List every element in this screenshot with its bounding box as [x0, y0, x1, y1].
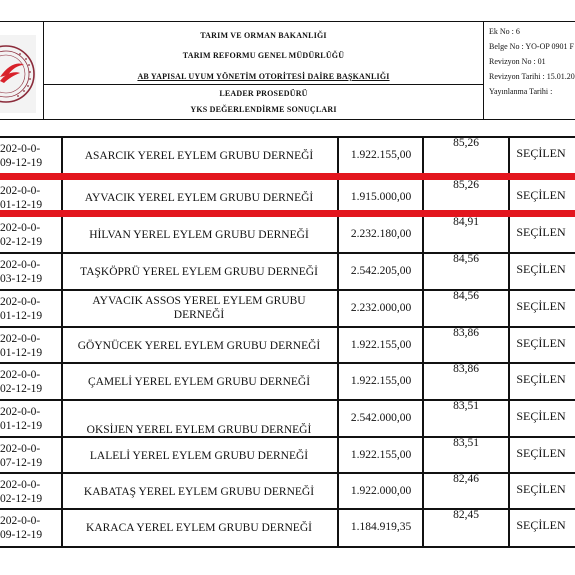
ministry-logo — [0, 35, 36, 113]
evaluation-score: 84,56 — [425, 290, 507, 302]
application-code: 202-0-0-09-12-19 — [0, 142, 42, 170]
revizyon-tarihi: Revizyon Tarihi : 15.01.20 — [489, 72, 575, 81]
row-divider — [0, 546, 575, 548]
association-name: KABATAŞ YEREL EYLEM GRUBU DERNEĞİ — [62, 485, 336, 499]
header-divider-middle — [43, 84, 483, 85]
header-border-top — [0, 21, 575, 22]
status-label: SEÇİLEN — [510, 146, 572, 161]
evaluation-score: 84,56 — [425, 253, 507, 265]
procedure-title: LEADER PROSEDÜRÜ — [44, 89, 483, 98]
grant-amount: 2.232.000,00 — [340, 302, 422, 314]
association-name: AYVACIK YEREL EYLEM GRUBU DERNEĞİ — [62, 191, 336, 205]
revizyon-no: Revizyon No : 01 — [489, 57, 546, 66]
application-code: 202-0-0-01-12-19 — [0, 295, 42, 323]
header-border-bottom — [0, 119, 575, 120]
association-name: LALELİ YEREL EYLEM GRUBU DERNEĞİ — [62, 449, 336, 463]
grant-amount: 1.922.000,00 — [340, 485, 422, 497]
status-label: SEÇİLEN — [510, 188, 572, 203]
status-label: SEÇİLEN — [510, 225, 572, 240]
application-code: 202-0-0-01-12-19 — [0, 332, 42, 360]
application-code: 202-0-0-01-12-19 — [0, 405, 42, 433]
association-name: ASARCIK YEREL EYLEM GRUBU DERNEĞİ — [62, 149, 336, 163]
status-label: SEÇİLEN — [510, 446, 572, 461]
association-name: AYVACIK ASSOS YEREL EYLEM GRUBUDERNEĞİ — [62, 294, 336, 322]
grant-amount: 1.922.155,00 — [340, 339, 422, 351]
evaluation-score: 83,51 — [425, 437, 507, 449]
status-label: SEÇİLEN — [510, 299, 572, 314]
ministry-title: TARIM VE ORMAN BAKANLIĞI — [44, 31, 483, 40]
application-code: 202-0-0-03-12-19 — [0, 258, 42, 286]
status-label: SEÇİLEN — [510, 482, 572, 497]
evaluation-score: 83,86 — [425, 363, 507, 375]
status-label: SEÇİLEN — [510, 518, 572, 533]
evaluation-score: 85,26 — [425, 179, 507, 191]
grant-amount: 2.232.180,00 — [340, 228, 422, 240]
grant-amount: 2.542.000,00 — [340, 412, 422, 424]
evaluation-score: 83,51 — [425, 400, 507, 412]
association-name: OKSİJEN YEREL EYLEM GRUBU DERNEĞİ — [62, 423, 336, 437]
association-name: GÖYNÜCEK YEREL EYLEM GRUBU DERNEĞİ — [62, 339, 336, 353]
association-name: KARACA YEREL EYLEM GRUBU DERNEĞİ — [62, 521, 336, 535]
association-name: HİLVAN YEREL EYLEM GRUBU DERNEĞİ — [62, 228, 336, 242]
evaluation-score: 83,86 — [425, 327, 507, 339]
belge-no: Belge No : YO-OP 0901 F — [489, 42, 574, 51]
department-title: AB YAPISAL UYUM YÖNETİM OTORİTESİ DAİRE … — [44, 72, 483, 81]
subject-title: YKS DEĞERLENDİRME SONUÇLARI — [44, 105, 483, 114]
status-label: SEÇİLEN — [510, 336, 572, 351]
grant-amount: 1.915.000,00 — [340, 191, 422, 203]
status-label: SEÇİLEN — [510, 262, 572, 277]
application-code: 202-0-0-02-12-19 — [0, 478, 42, 506]
directorate-title: TARIM REFORMU GENEL MÜDÜRLÜĞÜ — [44, 51, 483, 60]
grant-amount: 1.922.155,00 — [340, 149, 422, 161]
grant-amount: 1.922.155,00 — [340, 375, 422, 387]
application-code: 202-0-0-02-12-19 — [0, 221, 42, 249]
status-label: SEÇİLEN — [510, 409, 572, 424]
evaluation-score: 82,46 — [425, 473, 507, 485]
grant-amount: 2.542.205,00 — [340, 265, 422, 277]
ministry-seal-icon — [0, 35, 36, 113]
association-name: TAŞKÖPRÜ YEREL EYLEM GRUBU DERNEĞİ — [62, 265, 336, 279]
evaluation-score: 82,45 — [425, 509, 507, 521]
application-code: 202-0-0-09-12-19 — [0, 514, 42, 542]
evaluation-score: 84,91 — [425, 216, 507, 228]
grant-amount: 1.922.155,00 — [340, 449, 422, 461]
column-divider — [337, 136, 339, 546]
grant-amount: 1.184.919,35 — [340, 521, 422, 533]
application-code: 202-0-0-07-12-19 — [0, 442, 42, 470]
status-label: SEÇİLEN — [510, 372, 572, 387]
evaluation-score: 85,26 — [425, 137, 507, 149]
application-code: 202-0-0-02-12-19 — [0, 368, 42, 396]
ek-no: Ek No : 6 — [489, 27, 520, 36]
application-code: 202-0-0-01-12-19 — [0, 184, 42, 212]
column-divider — [422, 136, 424, 546]
header-divider-right — [483, 21, 484, 119]
yayinlanma-tarihi: Yayınlanma Tarihi : — [489, 87, 552, 96]
association-name: ÇAMELİ YEREL EYLEM GRUBU DERNEĞİ — [62, 375, 336, 389]
